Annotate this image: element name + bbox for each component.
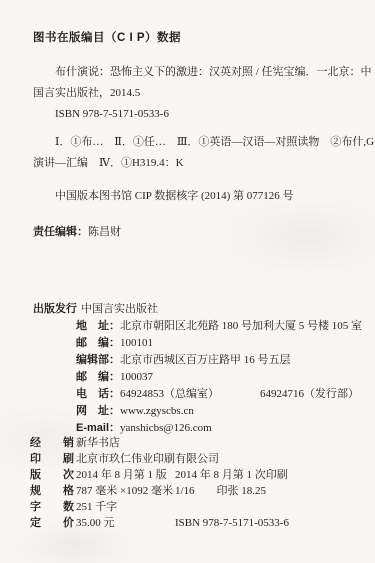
email-label: E-mail： <box>76 422 120 434</box>
price-value: 35.00 元 <box>76 515 115 531</box>
email-value: yanshicbs@126.com <box>120 422 212 434</box>
distributor-value: 新华书店 <box>76 435 120 451</box>
phone-label: 电 话： <box>76 388 120 400</box>
postcode-row: 邮 编：100101 <box>76 335 375 352</box>
cip-title-line-2: 国言实出版社，2014.5 <box>33 83 342 104</box>
postcode-value: 100101 <box>120 337 153 349</box>
editorial-dept-row: 编辑部：北京市西城区百万庄路甲 16 号五层 <box>76 352 375 369</box>
postcode-row-2: 邮 编：100037 <box>76 369 375 386</box>
editorial-dept-label: 编辑部： <box>76 354 120 366</box>
cip-heading: 图书在版编目（C I P）数据 <box>33 31 375 46</box>
publisher-row: 出版发行中国言实出版社 <box>33 301 375 318</box>
printer-value: 北京市玖仁伟业印刷有限公司 <box>76 451 219 467</box>
impression-value: 2014 年 8 月第 1 次印刷 <box>175 467 288 483</box>
publisher-name: 中国言实出版社 <box>81 303 158 315</box>
price-isbn-value: ISBN 978-7-5171-0533-6 <box>175 515 289 531</box>
format-row: 规 格787 毫米 ×1092 毫米1/16 印张 18.25 <box>30 483 375 499</box>
print-details-block: 经 销新华书店 印 刷北京市玖仁伟业印刷有限公司 版 次2014 年 8 月第 … <box>0 435 375 531</box>
distributor-label: 经 销 <box>30 435 76 451</box>
publishing-block: 出版发行中国言实出版社 地 址：北京市朝阳区北苑路 180 号加利大厦 5 号楼… <box>0 301 375 437</box>
cip-class-line-2: 演讲—汇编 Ⅳ．①H319.4：K <box>33 153 342 174</box>
book-copyright-page: 图书在版编目（C I P）数据 布什演说：恐怖主义下的激进：汉英对照 / 任宪宝… <box>0 0 375 563</box>
publisher-label: 出版发行 <box>33 303 77 315</box>
responsible-editor-line: 责任编辑：陈昌财 <box>33 222 375 242</box>
cip-classification: Ⅰ．①布… Ⅱ．①任… Ⅲ．①英语—汉语—对照读物 ②布什,G.W.— 演讲—汇… <box>33 132 342 174</box>
format-size-value: 787 毫米 ×1092 毫米 <box>76 483 173 499</box>
phone-row: 电 话：64924853（总编室）64924716（发行部） <box>76 386 375 403</box>
editorial-dept-value: 北京市西城区百万庄路甲 16 号五层 <box>120 354 291 366</box>
cip-record-number: 中国版本图书馆 CIP 数据核字 (2014) 第 077126 号 <box>33 186 342 207</box>
website-label: 网 址： <box>76 405 120 417</box>
phone-value-2: 64924716（发行部） <box>260 386 359 403</box>
distributor-row: 经 销新华书店 <box>30 435 375 451</box>
word-count-label: 字 数 <box>30 499 76 515</box>
price-row: 定 价35.00 元ISBN 978-7-5171-0533-6 <box>30 515 375 531</box>
format-label: 规 格 <box>30 483 76 499</box>
cip-block: 布什演说：恐怖主义下的激进：汉英对照 / 任宪宝编．一北京：中 国言实出版社，2… <box>33 62 342 207</box>
word-count-row: 字 数251 千字 <box>30 499 375 515</box>
website-value: www.zgyscbs.cn <box>120 405 194 417</box>
address-label: 地 址： <box>76 320 120 332</box>
edition-value: 2014 年 8 月第 1 版 <box>76 467 167 483</box>
responsible-editor-name: 陈昌财 <box>88 226 121 238</box>
printer-row: 印 刷北京市玖仁伟业印刷有限公司 <box>30 451 375 467</box>
format-sheets-value: 1/16 印张 18.25 <box>175 483 266 499</box>
responsible-editor-label: 责任编辑： <box>33 226 88 238</box>
postcode-label: 邮 编： <box>76 337 120 349</box>
postcode-2-value: 100037 <box>120 371 153 383</box>
cip-isbn: ISBN 978-7-5171-0533-6 <box>33 104 342 125</box>
price-label: 定 价 <box>30 515 76 531</box>
address-row: 地 址：北京市朝阳区北苑路 180 号加利大厦 5 号楼 105 室 <box>76 318 375 335</box>
address-value: 北京市朝阳区北苑路 180 号加利大厦 5 号楼 105 室 <box>120 320 362 332</box>
website-row: 网 址：www.zgyscbs.cn <box>76 403 375 420</box>
cip-class-line-1: Ⅰ．①布… Ⅱ．①任… Ⅲ．①英语—汉语—对照读物 ②布什,G.W.— <box>33 132 342 153</box>
edition-label: 版 次 <box>30 467 76 483</box>
cip-title-line-1: 布什演说：恐怖主义下的激进：汉英对照 / 任宪宝编．一北京：中 <box>33 62 342 83</box>
word-count-value: 251 千字 <box>76 499 117 515</box>
phone-value-1: 64924853（总编室） <box>120 388 219 400</box>
edition-row: 版 次2014 年 8 月第 1 版2014 年 8 月第 1 次印刷 <box>30 467 375 483</box>
postcode-2-label: 邮 编： <box>76 371 120 383</box>
printer-label: 印 刷 <box>30 451 76 467</box>
